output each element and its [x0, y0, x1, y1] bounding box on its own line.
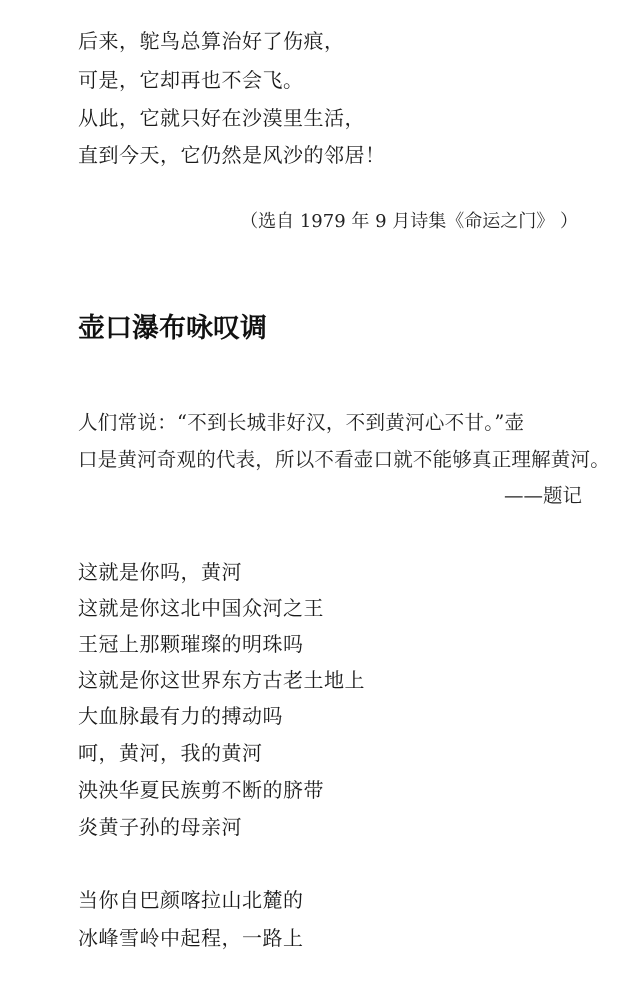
- poem-line: 泱泱华夏民族剪不断的脐带: [78, 778, 324, 802]
- poem-title: 壶口瀑布咏叹调: [78, 312, 267, 346]
- poem-line: 这就是你这世界东方古老土地上: [78, 668, 365, 692]
- epigraph-signature: ——题记: [504, 484, 582, 508]
- poem-line: 呵，黄河，我的黄河: [78, 741, 263, 765]
- poem-line: 这就是你这北中国众河之王: [78, 596, 324, 620]
- poem-line: 这就是你吗，黄河: [78, 560, 242, 584]
- poem-line: 后来，鸵鸟总算治好了伤痕，: [78, 29, 345, 53]
- poem-line: 冰峰雪岭中起程，一路上: [78, 926, 304, 950]
- epigraph-line: 口是黄河奇观的代表，所以不看壶口就不能够真正理解黄河。: [78, 448, 610, 472]
- poem-line: 可是，它却再也不会飞。: [78, 68, 304, 92]
- poem-line: 直到今天，它仍然是风沙的邻居！: [78, 143, 386, 167]
- poem-source-citation: （选自 1979 年 9 月诗集《命运之门》 ）: [240, 210, 578, 234]
- poem-line: 王冠上那颗璀璨的明珠吗: [78, 632, 304, 656]
- poem-line: 炎黄子孙的母亲河: [78, 815, 242, 839]
- poem-line: 大血脉最有力的搏动吗: [78, 704, 283, 728]
- poem-line: 当你自巴颜喀拉山北麓的: [78, 888, 304, 912]
- epigraph-line: 人们常说：“不到长城非好汉，不到黄河心不甘。”壶: [78, 411, 524, 435]
- poem-line: 从此，它就只好在沙漠里生活，: [78, 106, 365, 130]
